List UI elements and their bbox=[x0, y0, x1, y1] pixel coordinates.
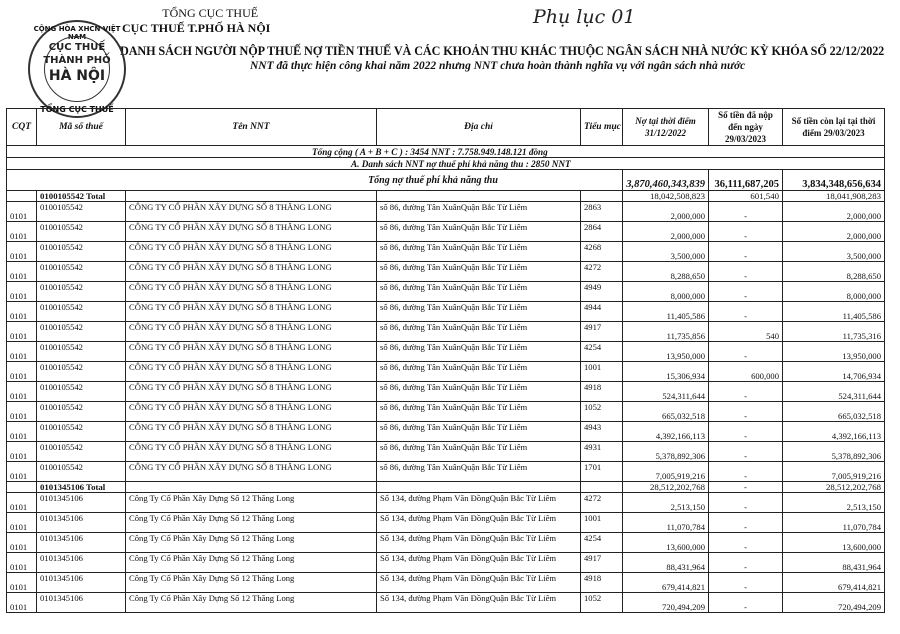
cell-conlai: 665,032,518 bbox=[783, 402, 885, 422]
tax-debt-table: CQT Mã số thuế Tên NNT Địa chỉ Tiểu mục … bbox=[6, 108, 885, 613]
cell-tieumuc: 4917 bbox=[581, 553, 623, 573]
cell-cqt: 0101 bbox=[7, 442, 37, 462]
cell-ten: Công Ty Cổ Phần Xây Dựng Số 12 Thăng Lon… bbox=[126, 553, 377, 573]
cell-conlai: 3,500,000 bbox=[783, 242, 885, 262]
cell-cqt: 0101 bbox=[7, 242, 37, 262]
cell-no: 4,392,166,113 bbox=[623, 422, 709, 442]
table-row: 01010101345106Công Ty Cổ Phần Xây Dựng S… bbox=[7, 593, 885, 613]
cell-conlai: 2,000,000 bbox=[783, 222, 885, 242]
cell-conlai: 7,005,919,216 bbox=[783, 462, 885, 482]
group-total-conlai: 28,512,202,768 bbox=[783, 482, 885, 493]
cell-diachi: số 86, đường Tân XuânQuận Bắc Từ Liêm bbox=[377, 302, 581, 322]
cell-ten: Công Ty Cổ Phần Xây Dựng Số 12 Thăng Lon… bbox=[126, 513, 377, 533]
cell-tieumuc: 4949 bbox=[581, 282, 623, 302]
group-total-row: 0100105542 Total18,042,508,823601,54018,… bbox=[7, 191, 885, 202]
org-parent: TỔNG CỤC THUẾ bbox=[150, 6, 270, 21]
cell-no: 88,431,964 bbox=[623, 553, 709, 573]
cell-diachi: Số 134, đường Phạm Văn ĐồngQuận Bắc Từ L… bbox=[377, 573, 581, 593]
cell-ten: Công Ty Cổ Phần Xây Dựng Số 12 Thăng Lon… bbox=[126, 573, 377, 593]
cell-mst: 0100105542 bbox=[37, 422, 126, 442]
table-row: 01010100105542CÔNG TY CỔ PHẦN XÂY DỰNG S… bbox=[7, 242, 885, 262]
cell-tieumuc: 2864 bbox=[581, 222, 623, 242]
group-total-cqt bbox=[7, 482, 37, 493]
cell-danop: 540 bbox=[709, 322, 783, 342]
cell-diachi: số 86, đường Tân XuânQuận Bắc Từ Liêm bbox=[377, 322, 581, 342]
cell-no: 11,735,856 bbox=[623, 322, 709, 342]
cell-mst: 0100105542 bbox=[37, 222, 126, 242]
table-row: 01010100105542CÔNG TY CỔ PHẦN XÂY DỰNG S… bbox=[7, 442, 885, 462]
cell-ten: CÔNG TY CỔ PHẦN XÂY DỰNG SỐ 8 THĂNG LONG bbox=[126, 462, 377, 482]
cell-ten: CÔNG TY CỔ PHẦN XÂY DỰNG SỐ 8 THĂNG LONG bbox=[126, 202, 377, 222]
cell-tieumuc: 4918 bbox=[581, 573, 623, 593]
cell-no: 8,288,650 bbox=[623, 262, 709, 282]
cell-conlai: 8,000,000 bbox=[783, 282, 885, 302]
cell-ten: CÔNG TY CỔ PHẦN XÂY DỰNG SỐ 8 THĂNG LONG bbox=[126, 442, 377, 462]
section-a-total-danop: 36,111,687,205 bbox=[709, 170, 783, 191]
cell-cqt: 0101 bbox=[7, 222, 37, 242]
table-row: 01010100105542CÔNG TY CỔ PHẦN XÂY DỰNG S… bbox=[7, 382, 885, 402]
cell-cqt: 0101 bbox=[7, 573, 37, 593]
table-row: 01010100105542CÔNG TY CỔ PHẦN XÂY DỰNG S… bbox=[7, 362, 885, 382]
cell-cqt: 0101 bbox=[7, 382, 37, 402]
section-a-total-label: Tổng nợ thuế phí khả năng thu bbox=[7, 170, 623, 191]
cell-tieumuc: 4272 bbox=[581, 262, 623, 282]
col-header-cqt: CQT bbox=[7, 109, 37, 146]
cell-diachi: số 86, đường Tân XuânQuận Bắc Từ Liêm bbox=[377, 402, 581, 422]
cell-ten: CÔNG TY CỔ PHẦN XÂY DỰNG SỐ 8 THĂNG LONG bbox=[126, 382, 377, 402]
group-total-no: 28,512,202,768 bbox=[623, 482, 709, 493]
group-total-label: 0100105542 Total bbox=[37, 191, 126, 202]
cell-tieumuc: 1052 bbox=[581, 402, 623, 422]
cell-no: 13,950,000 bbox=[623, 342, 709, 362]
cell-diachi: Số 134, đường Phạm Văn ĐồngQuận Bắc Từ L… bbox=[377, 593, 581, 613]
cell-tieumuc: 4268 bbox=[581, 242, 623, 262]
cell-conlai: 524,311,644 bbox=[783, 382, 885, 402]
handwritten-note: Phụ lục 01 bbox=[533, 6, 635, 28]
cell-danop: - bbox=[709, 402, 783, 422]
table-row: 01010101345106Công Ty Cổ Phần Xây Dựng S… bbox=[7, 553, 885, 573]
cell-danop: - bbox=[709, 262, 783, 282]
cell-danop: 600,000 bbox=[709, 362, 783, 382]
grand-total-text: Tổng cộng ( A + B + C ) : 3454 NNT : 7.7… bbox=[7, 146, 885, 158]
cell-ten: CÔNG TY CỔ PHẦN XÂY DỰNG SỐ 8 THĂNG LONG bbox=[126, 402, 377, 422]
cell-conlai: 88,431,964 bbox=[783, 553, 885, 573]
cell-ten: CÔNG TY CỔ PHẦN XÂY DỰNG SỐ 8 THĂNG LONG bbox=[126, 262, 377, 282]
cell-danop: - bbox=[709, 553, 783, 573]
cell-diachi: Số 134, đường Phạm Văn ĐồngQuận Bắc Từ L… bbox=[377, 533, 581, 553]
cell-diachi: Số 134, đường Phạm Văn ĐồngQuận Bắc Từ L… bbox=[377, 553, 581, 573]
cell-danop: - bbox=[709, 493, 783, 513]
section-a-total-no: 3,870,460,343,839 bbox=[623, 170, 709, 191]
section-a-total-row: Tổng nợ thuế phí khả năng thu 3,870,460,… bbox=[7, 170, 885, 191]
grand-total-row: Tổng cộng ( A + B + C ) : 3454 NNT : 7.7… bbox=[7, 146, 885, 158]
cell-diachi: số 86, đường Tân XuânQuận Bắc Từ Liêm bbox=[377, 362, 581, 382]
cell-ten: Công Ty Cổ Phần Xây Dựng Số 12 Thăng Lon… bbox=[126, 533, 377, 553]
cell-cqt: 0101 bbox=[7, 513, 37, 533]
cell-cqt: 0101 bbox=[7, 282, 37, 302]
cell-mst: 0100105542 bbox=[37, 262, 126, 282]
table-row: 01010100105542CÔNG TY CỔ PHẦN XÂY DỰNG S… bbox=[7, 462, 885, 482]
cell-conlai: 720,494,209 bbox=[783, 593, 885, 613]
section-a-text: A. Danh sách NNT nợ thuế phí khả năng th… bbox=[7, 158, 885, 170]
cell-diachi: số 86, đường Tân XuânQuận Bắc Từ Liêm bbox=[377, 202, 581, 222]
cell-mst: 0100105542 bbox=[37, 382, 126, 402]
cell-diachi: số 86, đường Tân XuânQuận Bắc Từ Liêm bbox=[377, 282, 581, 302]
cell-conlai: 13,600,000 bbox=[783, 533, 885, 553]
cell-no: 524,311,644 bbox=[623, 382, 709, 402]
cell-cqt: 0101 bbox=[7, 262, 37, 282]
table-row: 01010100105542CÔNG TY CỔ PHẦN XÂY DỰNG S… bbox=[7, 222, 885, 242]
cell-cqt: 0101 bbox=[7, 402, 37, 422]
group-total-tieumuc bbox=[581, 191, 623, 202]
cell-no: 665,032,518 bbox=[623, 402, 709, 422]
cell-diachi: số 86, đường Tân XuânQuận Bắc Từ Liêm bbox=[377, 462, 581, 482]
group-total-danop: 601,540 bbox=[709, 191, 783, 202]
cell-tieumuc: 4918 bbox=[581, 382, 623, 402]
cell-mst: 0100105542 bbox=[37, 442, 126, 462]
cell-tieumuc: 1701 bbox=[581, 462, 623, 482]
cell-tieumuc: 4943 bbox=[581, 422, 623, 442]
cell-cqt: 0101 bbox=[7, 302, 37, 322]
cell-danop: - bbox=[709, 442, 783, 462]
cell-mst: 0101345106 bbox=[37, 493, 126, 513]
cell-no: 13,600,000 bbox=[623, 533, 709, 553]
cell-danop: - bbox=[709, 422, 783, 442]
cell-ten: Công Ty Cổ Phần Xây Dựng Số 12 Thăng Lon… bbox=[126, 593, 377, 613]
cell-tieumuc: 1001 bbox=[581, 362, 623, 382]
cell-ten: CÔNG TY CỔ PHẦN XÂY DỰNG SỐ 8 THĂNG LONG bbox=[126, 342, 377, 362]
cell-cqt: 0101 bbox=[7, 322, 37, 342]
table-row: 01010101345106Công Ty Cổ Phần Xây Dựng S… bbox=[7, 513, 885, 533]
cell-cqt: 0101 bbox=[7, 462, 37, 482]
cell-no: 2,000,000 bbox=[623, 202, 709, 222]
cell-no: 2,513,150 bbox=[623, 493, 709, 513]
cell-tieumuc: 4944 bbox=[581, 302, 623, 322]
cell-conlai: 11,405,586 bbox=[783, 302, 885, 322]
cell-cqt: 0101 bbox=[7, 362, 37, 382]
cell-diachi: số 86, đường Tân XuânQuận Bắc Từ Liêm bbox=[377, 382, 581, 402]
cell-no: 7,005,919,216 bbox=[623, 462, 709, 482]
table-row: 01010100105542CÔNG TY CỔ PHẦN XÂY DỰNG S… bbox=[7, 282, 885, 302]
cell-tieumuc: 4254 bbox=[581, 342, 623, 362]
official-seal-icon: CỘNG HÒA XHCN VIỆT NAM CỤC THUẾ THÀNH PH… bbox=[28, 20, 126, 118]
group-total-diachi bbox=[377, 191, 581, 202]
cell-diachi: số 86, đường Tân XuânQuận Bắc Từ Liêm bbox=[377, 262, 581, 282]
cell-danop: - bbox=[709, 533, 783, 553]
cell-danop: - bbox=[709, 382, 783, 402]
cell-diachi: số 86, đường Tân XuânQuận Bắc Từ Liêm bbox=[377, 422, 581, 442]
cell-no: 8,000,000 bbox=[623, 282, 709, 302]
cell-mst: 0100105542 bbox=[37, 362, 126, 382]
cell-danop: - bbox=[709, 302, 783, 322]
seal-line-3: HÀ NỘI bbox=[30, 68, 124, 84]
cell-cqt: 0101 bbox=[7, 553, 37, 573]
cell-cqt: 0101 bbox=[7, 533, 37, 553]
cell-no: 720,494,209 bbox=[623, 593, 709, 613]
cell-conlai: 5,378,892,306 bbox=[783, 442, 885, 462]
cell-conlai: 679,414,821 bbox=[783, 573, 885, 593]
cell-tieumuc: 4931 bbox=[581, 442, 623, 462]
cell-diachi: Số 134, đường Phạm Văn ĐồngQuận Bắc Từ L… bbox=[377, 513, 581, 533]
section-a-total-conlai: 3,834,348,656,634 bbox=[783, 170, 885, 191]
cell-tieumuc: 1052 bbox=[581, 593, 623, 613]
section-a-row: A. Danh sách NNT nợ thuế phí khả năng th… bbox=[7, 158, 885, 170]
cell-mst: 0100105542 bbox=[37, 462, 126, 482]
document-title: DANH SÁCH NGƯỜI NỘP THUẾ NỢ TIỀN THUẾ VÀ… bbox=[120, 44, 900, 59]
cell-ten: CÔNG TY CỔ PHẦN XÂY DỰNG SỐ 8 THĂNG LONG bbox=[126, 222, 377, 242]
cell-mst: 0100105542 bbox=[37, 242, 126, 262]
cell-danop: - bbox=[709, 513, 783, 533]
cell-cqt: 0101 bbox=[7, 593, 37, 613]
group-total-row: 0101345106 Total28,512,202,768-28,512,20… bbox=[7, 482, 885, 493]
cell-no: 2,000,000 bbox=[623, 222, 709, 242]
group-total-diachi bbox=[377, 482, 581, 493]
table-header-row: CQT Mã số thuế Tên NNT Địa chỉ Tiểu mục … bbox=[7, 109, 885, 146]
cell-tieumuc: 2863 bbox=[581, 202, 623, 222]
group-total-danop: - bbox=[709, 482, 783, 493]
col-header-conlai: Số tiền còn lại tại thời điểm 29/03/2023 bbox=[783, 109, 885, 146]
cell-tieumuc: 4254 bbox=[581, 533, 623, 553]
seal-line-1: CỤC THUẾ bbox=[30, 42, 124, 53]
cell-diachi: số 86, đường Tân XuânQuận Bắc Từ Liêm bbox=[377, 342, 581, 362]
group-total-label: 0101345106 Total bbox=[37, 482, 126, 493]
cell-danop: - bbox=[709, 462, 783, 482]
cell-mst: 0101345106 bbox=[37, 593, 126, 613]
cell-ten: CÔNG TY CỔ PHẦN XÂY DỰNG SỐ 8 THĂNG LONG bbox=[126, 242, 377, 262]
col-header-tieumuc: Tiểu mục bbox=[581, 109, 623, 146]
group-total-ten bbox=[126, 482, 377, 493]
cell-tieumuc: 1001 bbox=[581, 513, 623, 533]
cell-no: 679,414,821 bbox=[623, 573, 709, 593]
cell-no: 3,500,000 bbox=[623, 242, 709, 262]
cell-tieumuc: 4917 bbox=[581, 322, 623, 342]
cell-no: 11,405,586 bbox=[623, 302, 709, 322]
col-header-ten: Tên NNT bbox=[126, 109, 377, 146]
table-row: 01010100105542CÔNG TY CỔ PHẦN XÂY DỰNG S… bbox=[7, 302, 885, 322]
org-name: CỤC THUẾ T.PHỐ HÀ NỘI bbox=[122, 21, 270, 36]
cell-mst: 0100105542 bbox=[37, 342, 126, 362]
cell-diachi: số 86, đường Tân XuânQuận Bắc Từ Liêm bbox=[377, 442, 581, 462]
cell-ten: Công Ty Cổ Phần Xây Dựng Số 12 Thăng Lon… bbox=[126, 493, 377, 513]
group-total-cqt bbox=[7, 191, 37, 202]
col-header-diachi: Địa chỉ bbox=[377, 109, 581, 146]
cell-conlai: 13,950,000 bbox=[783, 342, 885, 362]
cell-danop: - bbox=[709, 593, 783, 613]
col-header-no: Nợ tại thời điểm 31/12/2022 bbox=[623, 109, 709, 146]
cell-cqt: 0101 bbox=[7, 202, 37, 222]
cell-mst: 0101345106 bbox=[37, 513, 126, 533]
cell-mst: 0100105542 bbox=[37, 322, 126, 342]
cell-mst: 0100105542 bbox=[37, 402, 126, 422]
seal-line-2: THÀNH PHỐ bbox=[30, 55, 124, 66]
cell-ten: CÔNG TY CỔ PHẦN XÂY DỰNG SỐ 8 THĂNG LONG bbox=[126, 282, 377, 302]
table-row: 01010101345106Công Ty Cổ Phần Xây Dựng S… bbox=[7, 493, 885, 513]
col-header-danop: Số tiền đã nộp đến ngày 29/03/2023 bbox=[709, 109, 783, 146]
cell-diachi: số 86, đường Tân XuânQuận Bắc Từ Liêm bbox=[377, 242, 581, 262]
cell-diachi: Số 134, đường Phạm Văn ĐồngQuận Bắc Từ L… bbox=[377, 493, 581, 513]
cell-mst: 0101345106 bbox=[37, 553, 126, 573]
cell-no: 5,378,892,306 bbox=[623, 442, 709, 462]
org-header: TỔNG CỤC THUẾ CỤC THUẾ T.PHỐ HÀ NỘI bbox=[150, 6, 270, 36]
cell-mst: 0101345106 bbox=[37, 533, 126, 553]
table-row: 01010100105542CÔNG TY CỔ PHẦN XÂY DỰNG S… bbox=[7, 422, 885, 442]
table-row: 01010101345106Công Ty Cổ Phần Xây Dựng S… bbox=[7, 573, 885, 593]
table-row: 01010100105542CÔNG TY CỔ PHẦN XÂY DỰNG S… bbox=[7, 202, 885, 222]
cell-ten: CÔNG TY CỔ PHẦN XÂY DỰNG SỐ 8 THĂNG LONG bbox=[126, 362, 377, 382]
table-row: 01010101345106Công Ty Cổ Phần Xây Dựng S… bbox=[7, 533, 885, 553]
cell-mst: 0100105542 bbox=[37, 302, 126, 322]
cell-conlai: 2,000,000 bbox=[783, 202, 885, 222]
col-header-mst: Mã số thuế bbox=[37, 109, 126, 146]
cell-diachi: số 86, đường Tân XuânQuận Bắc Từ Liêm bbox=[377, 222, 581, 242]
cell-danop: - bbox=[709, 342, 783, 362]
cell-danop: - bbox=[709, 573, 783, 593]
cell-conlai: 8,288,650 bbox=[783, 262, 885, 282]
table-row: 01010100105542CÔNG TY CỔ PHẦN XÂY DỰNG S… bbox=[7, 402, 885, 422]
cell-cqt: 0101 bbox=[7, 493, 37, 513]
cell-no: 11,070,784 bbox=[623, 513, 709, 533]
table-row: 01010100105542CÔNG TY CỔ PHẦN XÂY DỰNG S… bbox=[7, 262, 885, 282]
cell-ten: CÔNG TY CỔ PHẦN XÂY DỰNG SỐ 8 THĂNG LONG bbox=[126, 422, 377, 442]
table-row: 01010100105542CÔNG TY CỔ PHẦN XÂY DỰNG S… bbox=[7, 322, 885, 342]
cell-ten: CÔNG TY CỔ PHẦN XÂY DỰNG SỐ 8 THĂNG LONG bbox=[126, 302, 377, 322]
cell-conlai: 14,706,934 bbox=[783, 362, 885, 382]
cell-mst: 0100105542 bbox=[37, 282, 126, 302]
group-total-tieumuc bbox=[581, 482, 623, 493]
cell-cqt: 0101 bbox=[7, 422, 37, 442]
group-total-conlai: 18,041,908,283 bbox=[783, 191, 885, 202]
table-row: 01010100105542CÔNG TY CỔ PHẦN XÂY DỰNG S… bbox=[7, 342, 885, 362]
cell-danop: - bbox=[709, 282, 783, 302]
cell-danop: - bbox=[709, 202, 783, 222]
cell-mst: 0100105542 bbox=[37, 202, 126, 222]
cell-ten: CÔNG TY CỔ PHẦN XÂY DỰNG SỐ 8 THĂNG LONG bbox=[126, 322, 377, 342]
cell-danop: - bbox=[709, 242, 783, 262]
cell-tieumuc: 4272 bbox=[581, 493, 623, 513]
group-total-no: 18,042,508,823 bbox=[623, 191, 709, 202]
cell-conlai: 11,735,316 bbox=[783, 322, 885, 342]
group-total-ten bbox=[126, 191, 377, 202]
cell-danop: - bbox=[709, 222, 783, 242]
cell-conlai: 2,513,150 bbox=[783, 493, 885, 513]
document-subtitle: NNT đã thực hiện công khai năm 2022 nhưn… bbox=[250, 60, 745, 72]
cell-cqt: 0101 bbox=[7, 342, 37, 362]
cell-conlai: 4,392,166,113 bbox=[783, 422, 885, 442]
cell-no: 15,306,934 bbox=[623, 362, 709, 382]
cell-conlai: 11,070,784 bbox=[783, 513, 885, 533]
cell-mst: 0101345106 bbox=[37, 573, 126, 593]
